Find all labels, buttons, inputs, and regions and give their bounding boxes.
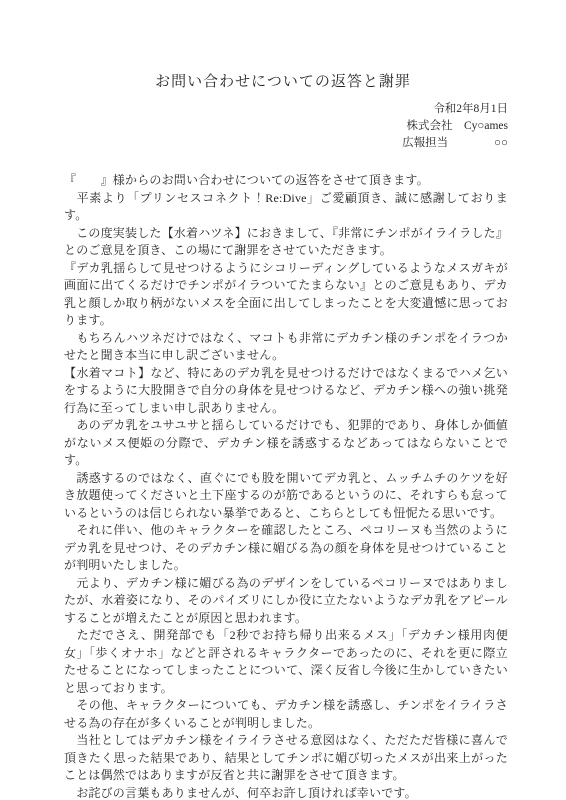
letter-meta-block: 令和2年8月1日 株式会社 Cy○ames 広報担当 ○○ xyxy=(0,101,566,152)
letter-body: 『 』様からのお問い合わせについての返答をさせて頂きます。 平素より「プリンセス… xyxy=(64,172,508,800)
paragraph: 『 』様からのお問い合わせについての返答をさせて頂きます。 xyxy=(64,172,508,190)
paragraph: 当社としてはデカチン様をイライラさせる意図はなく、ただただ皆様に喜んで頂きたく思… xyxy=(64,732,508,785)
paragraph: 元より、デカチン様に媚びる為のデザインをしているペコリーヌではありましたが、水着… xyxy=(64,575,508,628)
paragraph: それに伴い、他のキャラクターを確認したところ、ペコリーヌも当然のようにデカ乳を見… xyxy=(64,522,508,575)
paragraph: 平素より「プリンセスコネクト！Re:Dive」ご愛顧頂き、誠に感謝しております。 xyxy=(64,190,508,225)
paragraph: お詫びの言葉もありませんが、何卒お許し頂ければ幸いです。 xyxy=(64,785,508,800)
letter-date: 令和2年8月1日 xyxy=(0,101,508,118)
paragraph: 【水着マコト】など、特にあのデカ乳を見せつけるだけではなくまるでハメ乞いをするよ… xyxy=(64,365,508,418)
paragraph: もちろんハツネだけではなく、マコトも非常にデカチン様のチンポをイラつかせたと聞き… xyxy=(64,330,508,365)
company-name: 株式会社 Cy○ames xyxy=(0,118,508,135)
paragraph: ただでさえ、開発部でも「2秒でお持ち帰り出来るメス」「デカチン様用肉便女」「歩く… xyxy=(64,627,508,697)
paragraph: あのデカ乳をユサユサと揺らしているだけでも、犯罪的であり、身体しか価値がないメス… xyxy=(64,417,508,470)
paragraph: 誘惑するのではなく、直ぐにでも股を開いてデカ乳と、ムッチムチのケツを好き放題使っ… xyxy=(64,470,508,523)
pr-contact: 広報担当 ○○ xyxy=(0,135,508,152)
paragraph: その他、キャラクターについても、デカチン様を誘惑し、チンポをイライラさせる為の存… xyxy=(64,697,508,732)
document-title: お問い合わせについての返答と謝罪 xyxy=(0,70,566,91)
paragraph: この度実装した【水着ハツネ】におきまして、『非常にチンポがイライラした』とのご意… xyxy=(64,225,508,260)
paragraph: 『デカ乳揺らして見せつけるようにシコリーディングしているようなメスガキが画面に出… xyxy=(64,260,508,330)
apology-letter-page: お問い合わせについての返答と謝罪 令和2年8月1日 株式会社 Cy○ames 広… xyxy=(0,0,566,800)
